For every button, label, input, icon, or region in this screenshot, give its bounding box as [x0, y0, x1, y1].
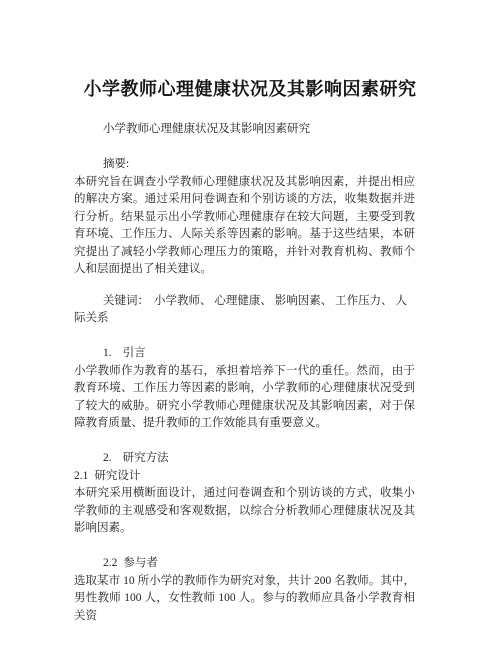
- section-2-1-title: 研究设计: [94, 470, 140, 482]
- blank-line: [74, 538, 415, 556]
- document-page: 小学教师心理健康状况及其影响因素研究 小学教师心理健康状况及其影响因素研究 摘要…: [0, 0, 500, 647]
- blank-line: [74, 433, 415, 451]
- section-2-title: 研究方法: [123, 452, 169, 464]
- section-1-heading: 1.引言: [74, 345, 415, 363]
- section-1-paragraph: 小学教师作为教育的基石，承担着培养下一代的重任。然而，由于教育环境、工作压力等因…: [74, 363, 415, 433]
- document-subtitle: 小学教师心理健康状况及其影响因素研究: [74, 121, 415, 139]
- blank-line: [74, 328, 415, 346]
- blank-line: [74, 139, 415, 157]
- document-body: 小学教师心理健康状况及其影响因素研究 摘要: 本研究旨在调查小学教师心理健康状况…: [0, 121, 500, 625]
- keywords-label: 关键词：: [103, 295, 149, 307]
- section-2-2-heading: 2.2参与者: [74, 555, 415, 573]
- keywords-line: 关键词：小学教师、 心理健康、 影响因素、 工作压力、 人际关系: [74, 293, 415, 328]
- section-1-title: 引言: [123, 347, 146, 359]
- section-2-1-paragraph: 本研究采用横断面设计，通过问卷调查和个别访谈的方式，收集小学教师的主观感受和客观…: [74, 485, 415, 538]
- section-2-1-heading: 2.1研究设计: [74, 468, 415, 486]
- abstract-label: 摘要:: [74, 156, 415, 174]
- abstract-paragraph: 本研究旨在调查小学教师心理健康状况及其影响因素，并提出相应的解决方案。通过采用问…: [74, 174, 415, 279]
- document-title: 小学教师心理健康状况及其影响因素研究: [0, 0, 500, 102]
- blank-line: [74, 279, 415, 293]
- section-2-number: 2.: [103, 452, 112, 464]
- section-2-2-title: 参与者: [123, 557, 158, 569]
- section-2-heading: 2.研究方法: [74, 450, 415, 468]
- section-2-2-paragraph: 选取某市 10 所小学的教师作为研究对象，共计 200 名教师。其中，男性教师 …: [74, 573, 415, 626]
- section-2-2-number: 2.2: [103, 557, 117, 569]
- section-2-1-number: 2.1: [74, 470, 88, 482]
- section-1-number: 1.: [103, 347, 112, 359]
